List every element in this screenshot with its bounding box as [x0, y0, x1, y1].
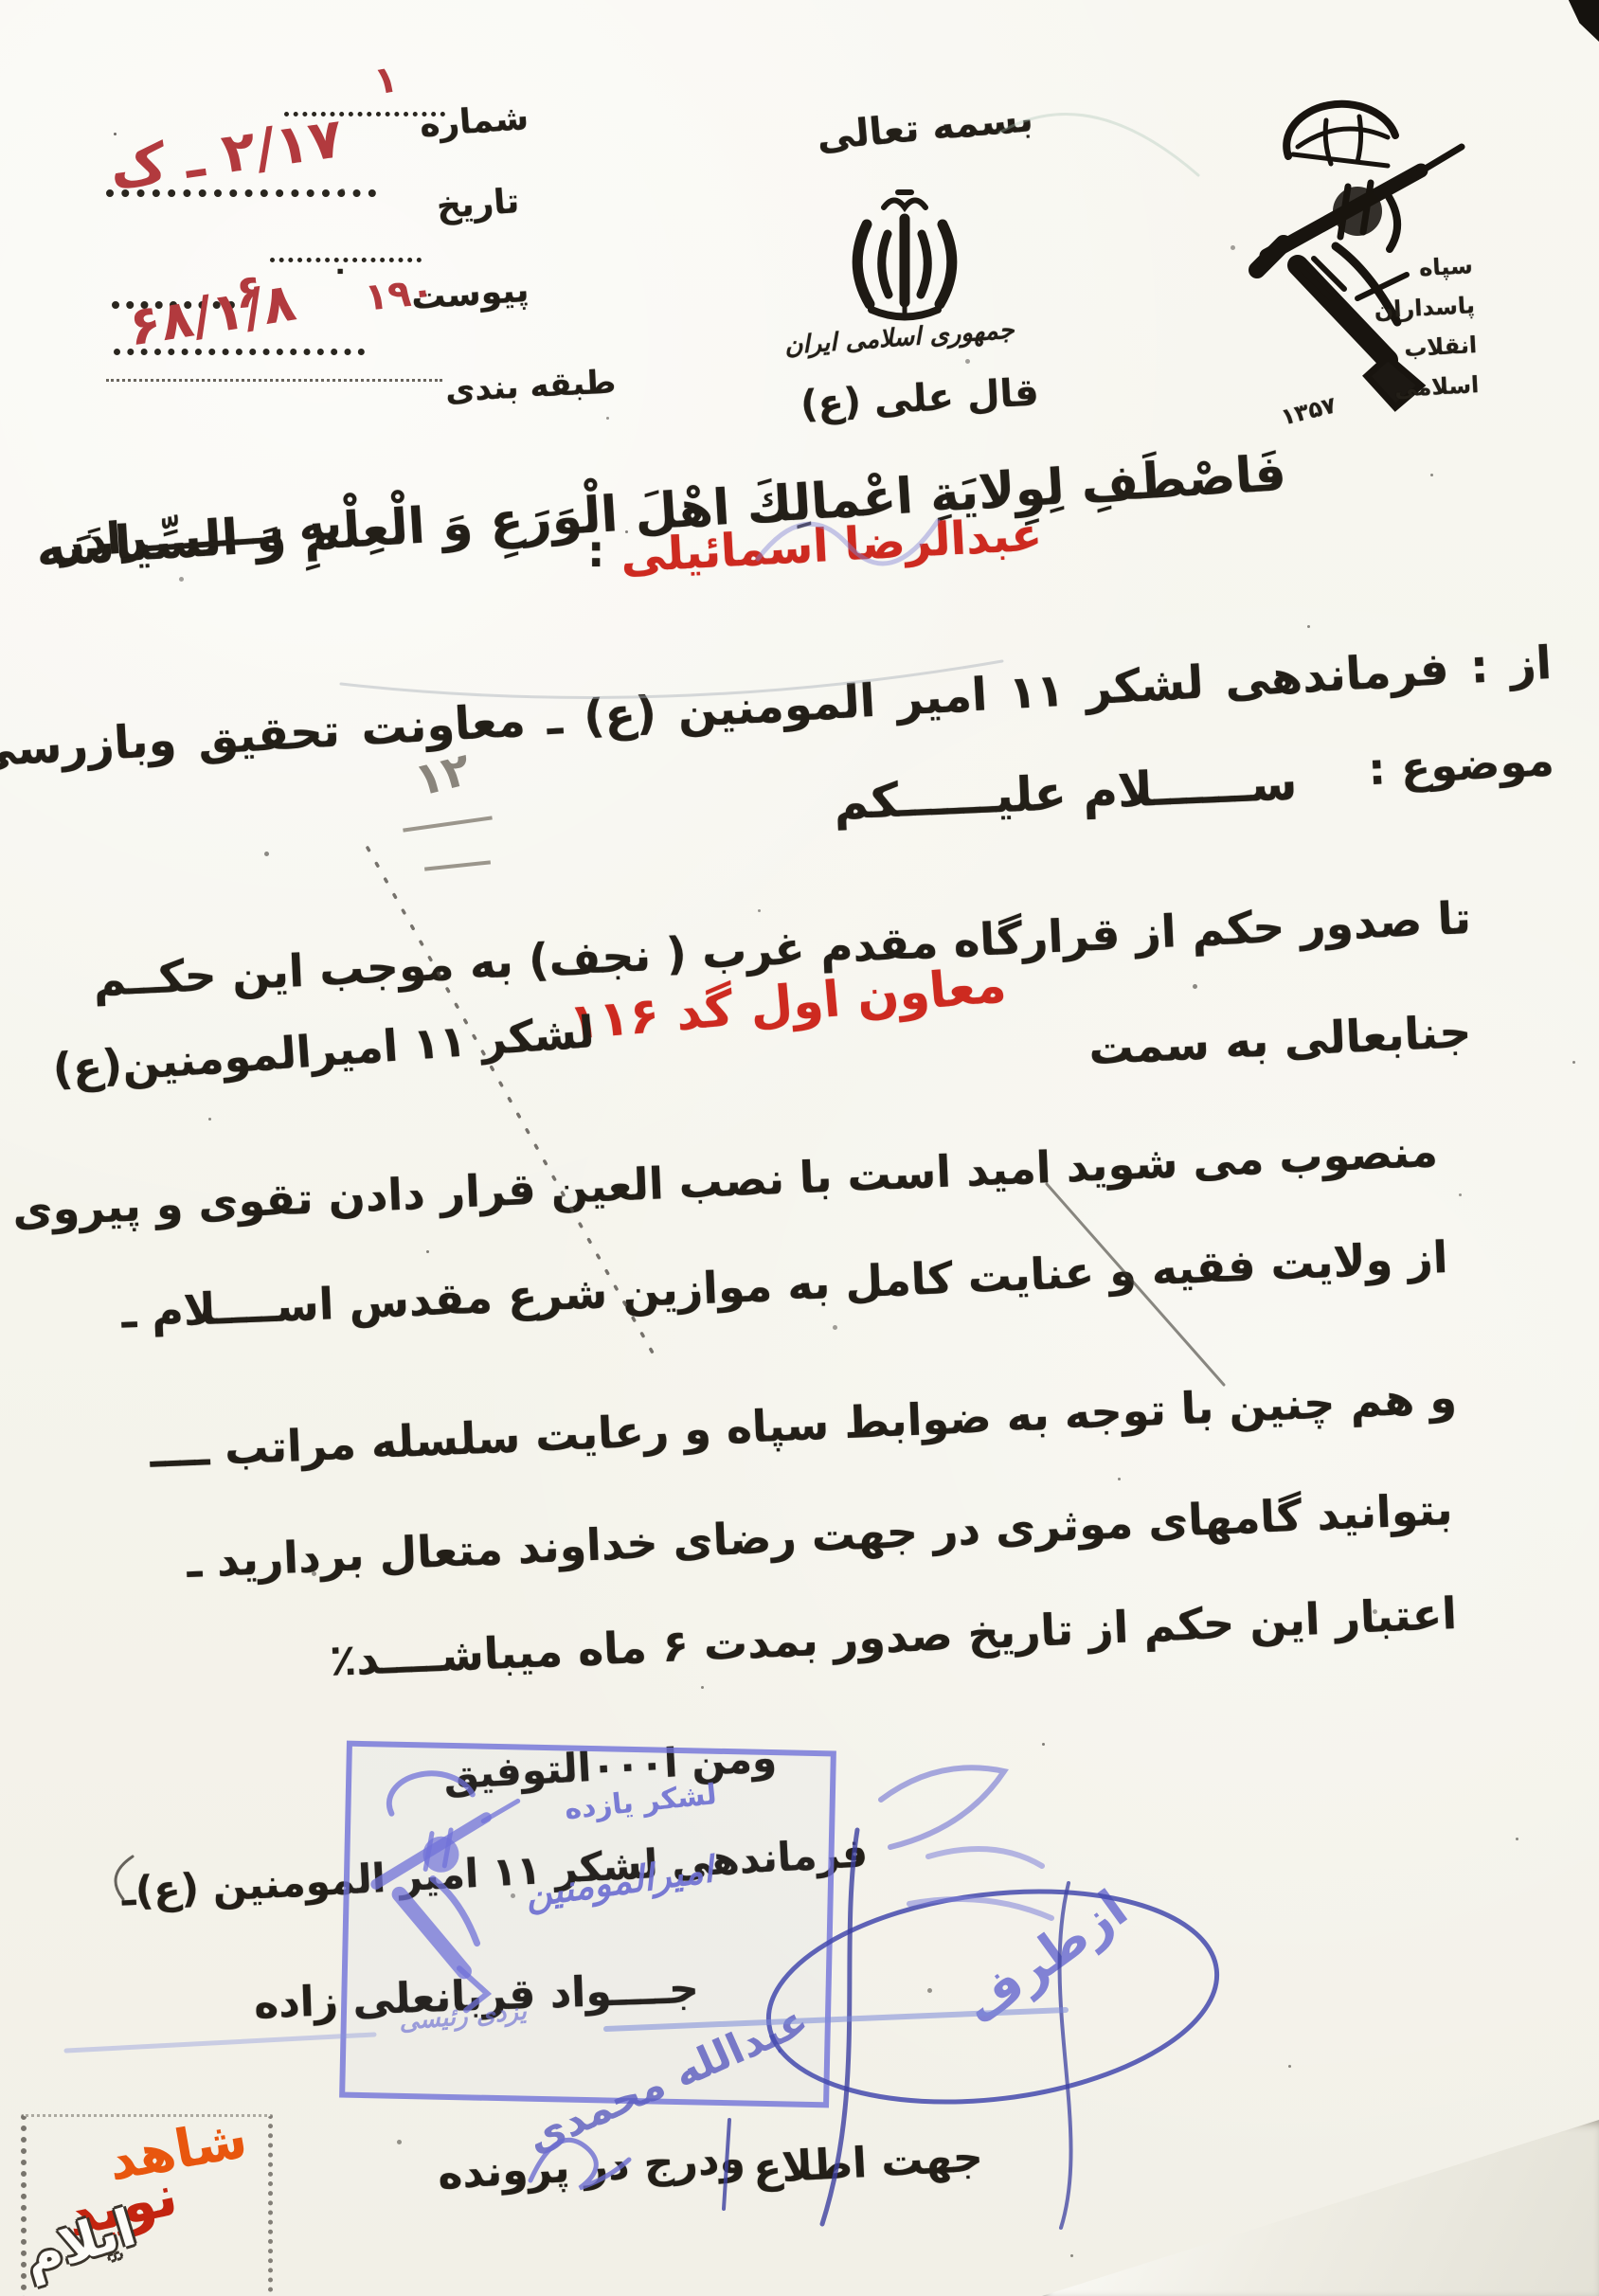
purple-squiggle-footer — [530, 2140, 629, 2188]
scanned-document: شماره ۱ ۲/۱۷ ـ ک تاریخ ۰ ۶ پیوست ۱۹۰ ۶۸/… — [0, 0, 1599, 2296]
oval-signature-stroke — [757, 1868, 1230, 2126]
dashed-pencil-diagonal — [368, 848, 654, 1354]
purple-squiggle-stamp-right — [881, 1767, 1004, 1847]
faint-green-arc-artifact — [999, 114, 1198, 175]
pen-scratch-diagonal — [1047, 1184, 1224, 1385]
pen-tick-footer — [724, 2120, 729, 2209]
navid-shahed-watermark: شاهد نوید ایلام — [21, 2114, 262, 2296]
light-blue-underline — [606, 2010, 1066, 2029]
purple-scribble-over-name — [758, 521, 938, 564]
light-blue-underline-2 — [66, 2035, 374, 2051]
scan-artifacts-layer — [0, 0, 1599, 2296]
long-pen-stroke-1 — [822, 1830, 857, 2224]
pencil-arc-artifact — [341, 661, 1002, 697]
ink-hook-artifact — [116, 1857, 133, 1899]
long-pen-stroke-2 — [1060, 1883, 1071, 2228]
purple-script-inside-oval — [909, 1849, 1051, 1918]
